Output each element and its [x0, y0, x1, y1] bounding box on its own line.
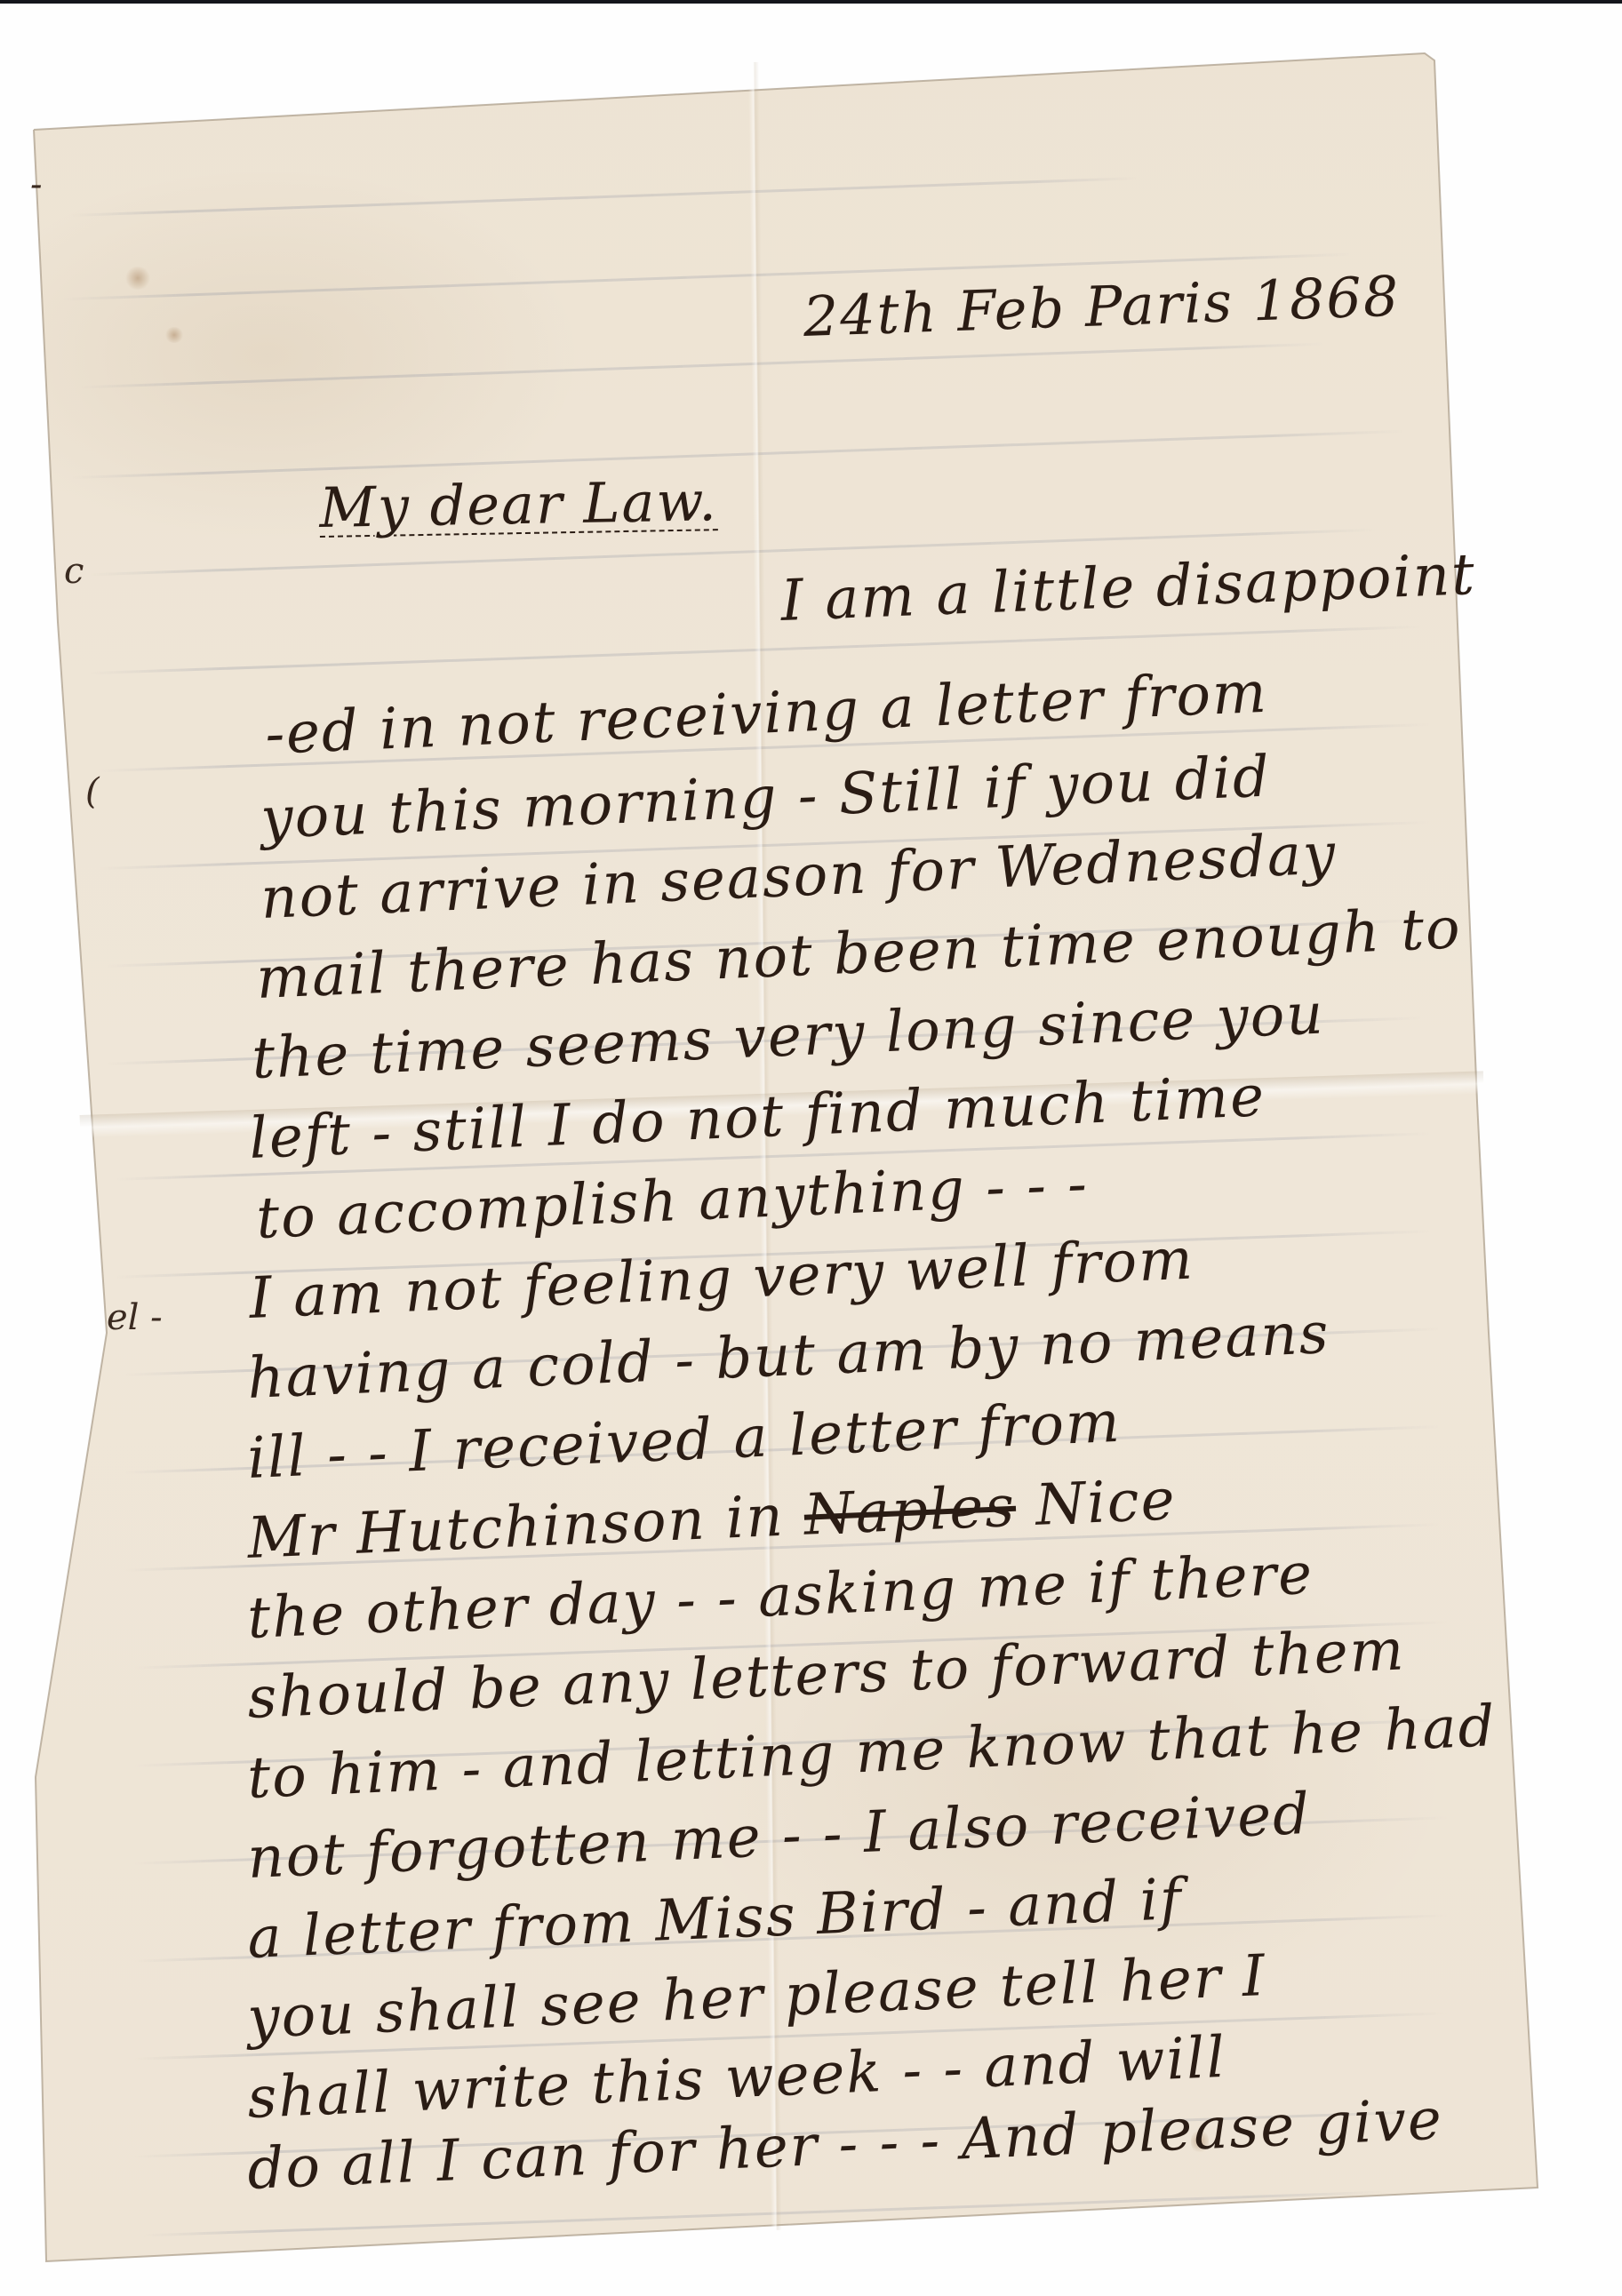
line-prefix: Mr Hutchinson in: [246, 1483, 805, 1572]
letter-dateline: 24th Feb Paris 1868: [802, 264, 1401, 349]
letter-line: I am a little disappoint: [779, 542, 1477, 634]
letter-salutation: My dear Law.: [319, 468, 719, 540]
letter-body: 24th Feb Paris 1868 My dear Law. I am a …: [0, 0, 1622, 2296]
struck-word: Naples: [803, 1474, 1017, 1549]
correction-word: Nice: [1014, 1467, 1177, 1539]
